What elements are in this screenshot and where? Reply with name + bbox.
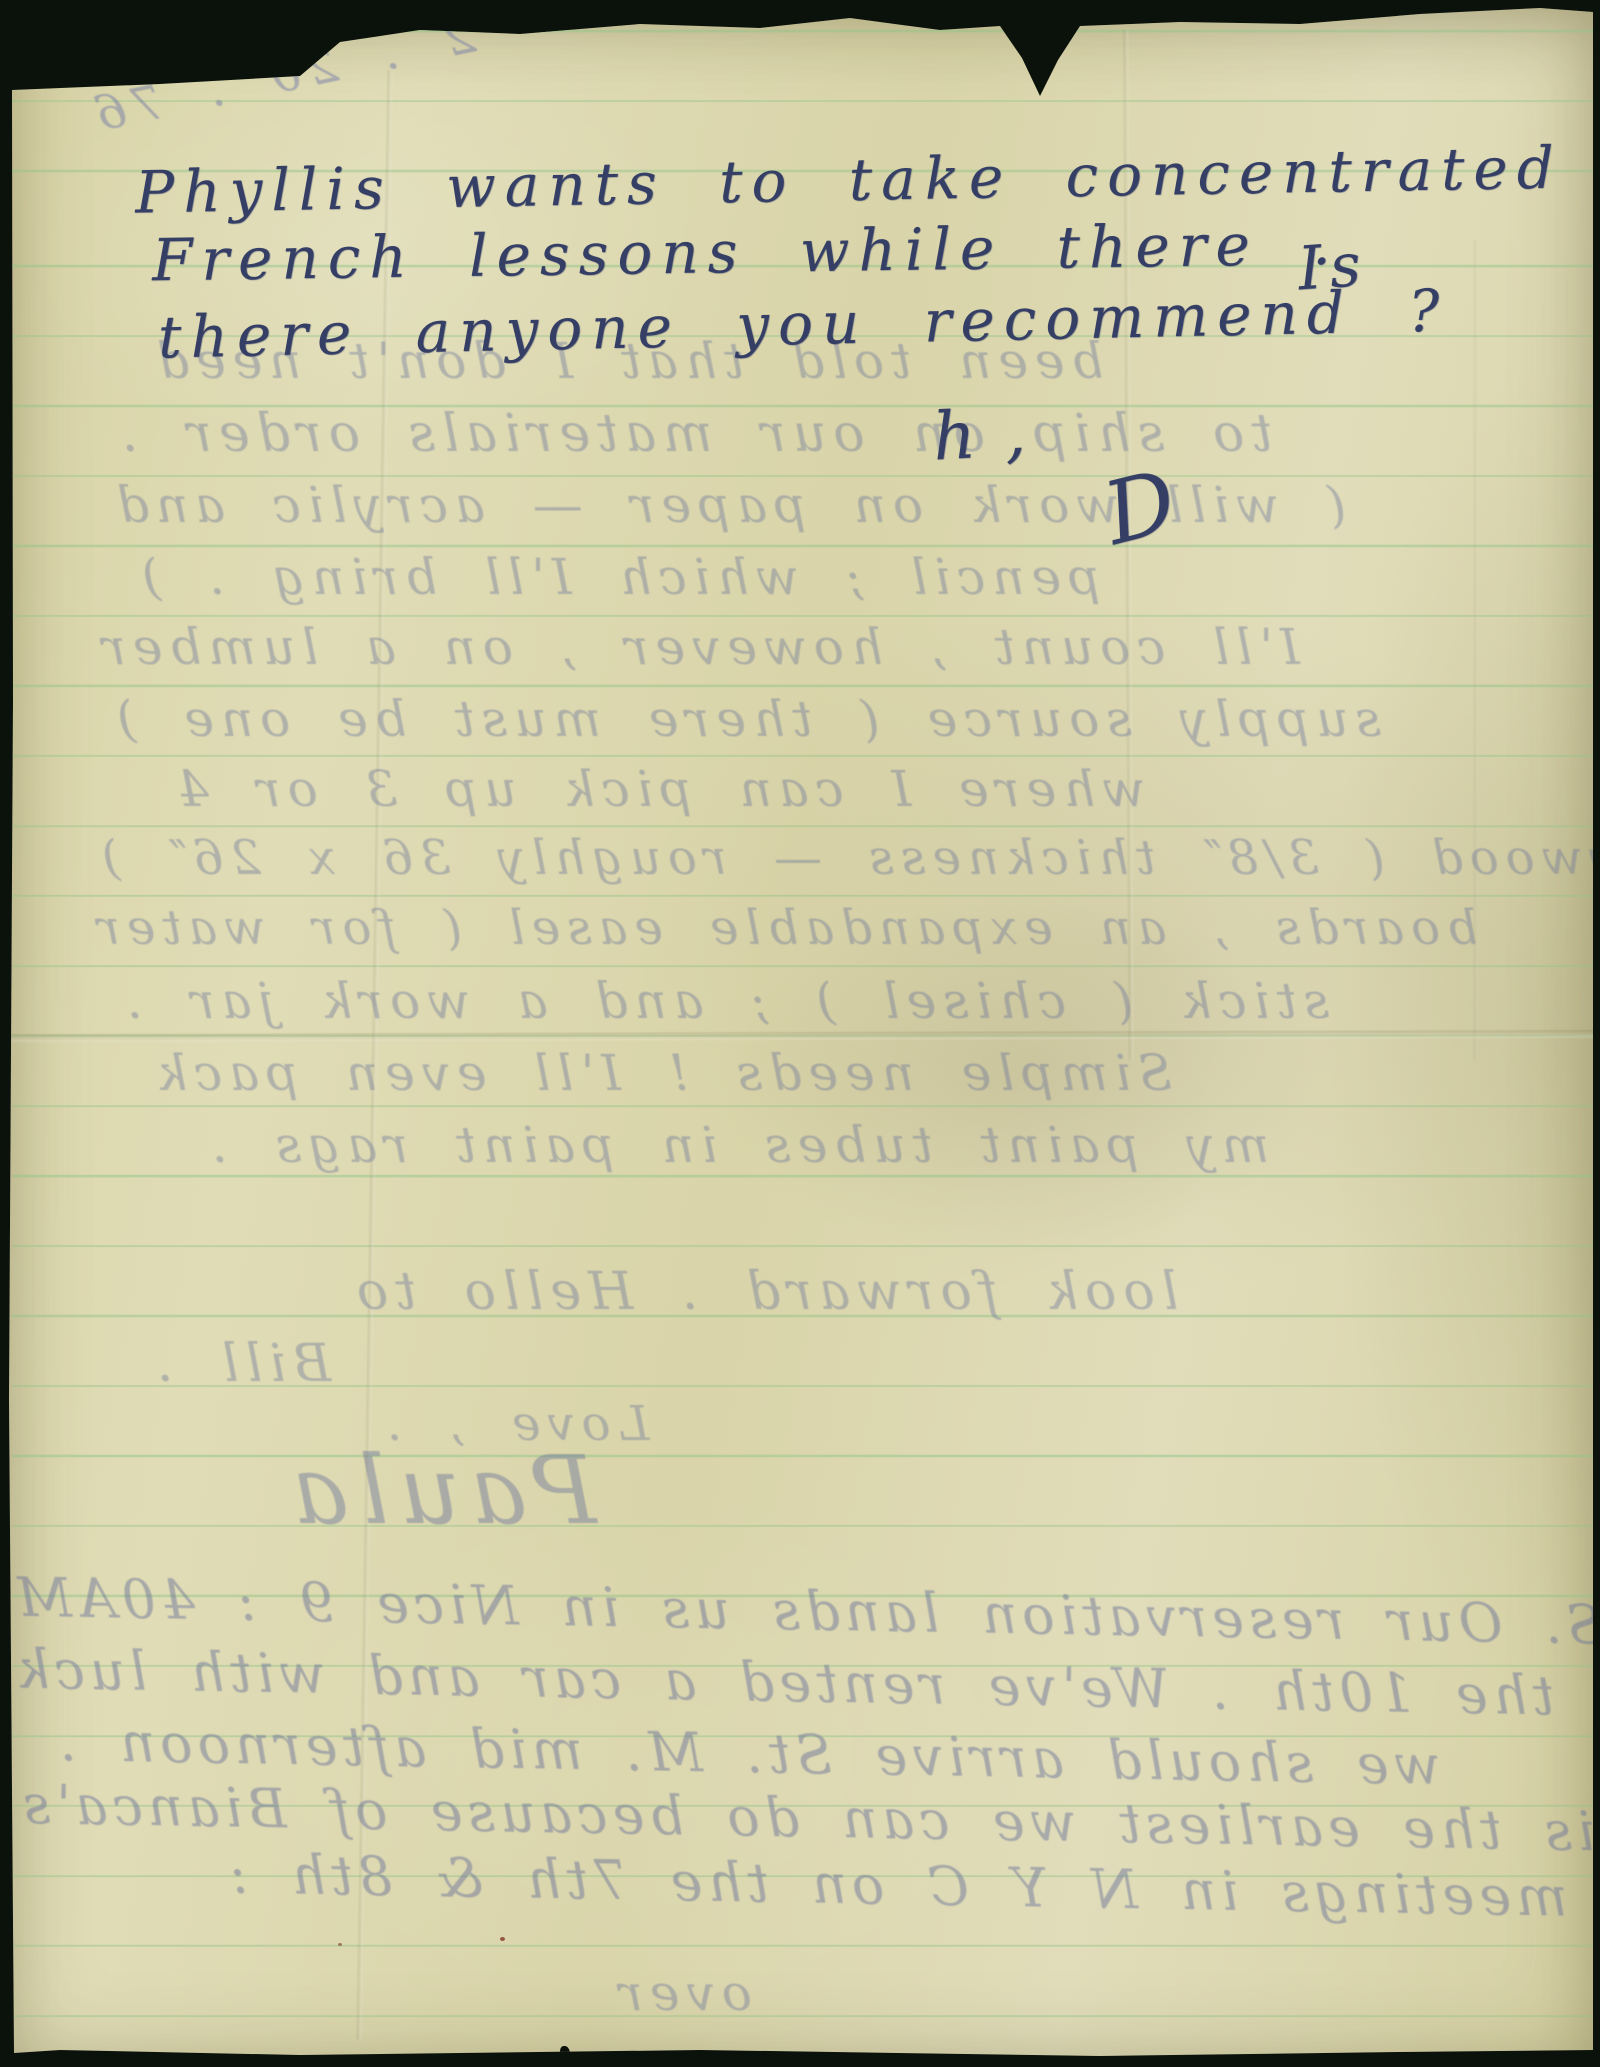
bleedthrough-line: boards , an expandable easel ( for water (90, 900, 1478, 956)
bleedthrough-line: my paint tubes in paint rags . (205, 1116, 1269, 1174)
bleedthrough-line: pencil ; which I'll bring . ) (135, 548, 1100, 606)
paper-speck (500, 1937, 505, 1941)
bleedthrough-over-note: over (612, 1964, 752, 2022)
paper-speck (560, 2046, 570, 2060)
bleedthrough-line: plywood ( 3/8″ thickness — roughly 36 x … (95, 830, 1600, 886)
bleedthrough-line: I'll count , however , on a lumber (95, 618, 1300, 676)
bleedthrough-signature: Paula (282, 1436, 597, 1546)
paper-speck (338, 1943, 342, 1946)
bleedthrough-closing-name: Bill . (150, 1334, 331, 1394)
bleedthrough-line: to ship on our materials order . (115, 404, 1272, 464)
torn-letter-sheet: 2 . 20 . 76 been told that I don't need … (0, 0, 1600, 2067)
bleedthrough-line: stick ( chisel ) ; and a work jar . (120, 972, 1329, 1030)
ink-note-h: h , (931, 394, 1031, 476)
bleedthrough-line: supply source ( there must be one ) (110, 690, 1381, 748)
bleedthrough-closing-line: look forward . Hello to (350, 1262, 1178, 1322)
bleedthrough-line: Simple needs ! I'll even pack (150, 1044, 1172, 1102)
bleedthrough-line: where I can pick up 3 or 4 (170, 760, 1145, 818)
